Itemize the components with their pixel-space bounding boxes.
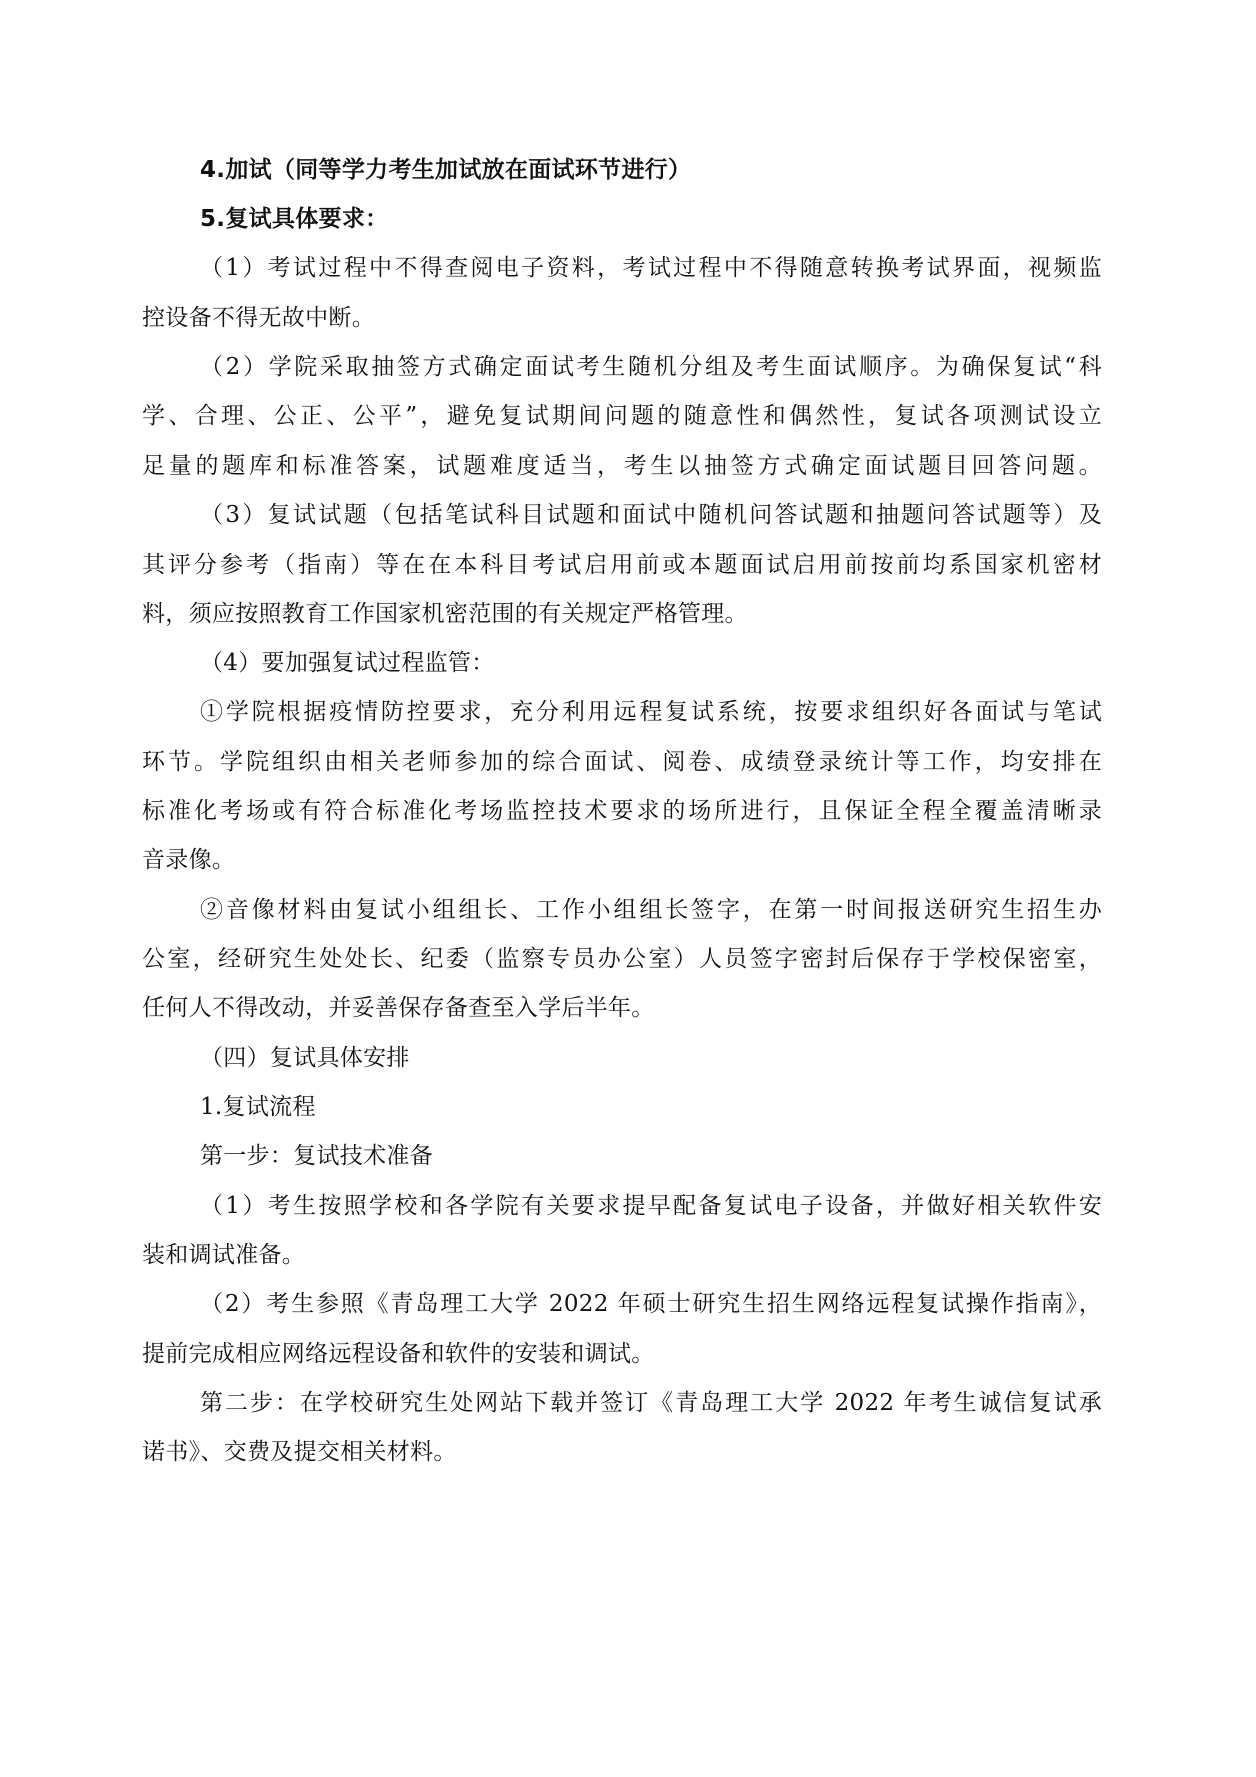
subsection-heading-process: 1.复试流程 <box>200 1087 1102 1127</box>
paragraph-line: 音录像。 <box>142 840 1102 880</box>
paragraph-line: 学、合理、公正、公平”，避免复试期间问题的随意性和偶然性，复试各项测试设立 <box>142 396 1102 436</box>
document-page: 4.加试（同等学力考生加试放在面试环节进行） 5.复试具体要求： （1）考试过程… <box>0 0 1256 1777</box>
paragraph-line: （1）考试过程中不得查阅电子资料，考试过程中不得随意转换考试界面，视频监 <box>200 248 1102 288</box>
paragraph-line: （4）要加强复试过程监管： <box>200 643 1102 683</box>
paragraph-line: 提前完成相应网络远程设备和软件的安装和调试。 <box>142 1334 1102 1374</box>
paragraph-line: （2）学院采取抽签方式确定面试考生随机分组及考生面试顺序。为确保复试“科 <box>200 347 1102 387</box>
paragraph-line: 标准化考场或有符合标准化考场监控技术要求的场所进行，且保证全程全覆盖清晰录 <box>142 791 1102 831</box>
paragraph-line: 公室，经研究生处处长、纪委（监察专员办公室）人员签字密封后保存于学校保密室， <box>142 939 1102 979</box>
paragraph-line: 诺书》、交费及提交相关材料。 <box>142 1432 1102 1472</box>
paragraph-line: （3）复试试题（包括笔试科目试题和面试中随机问答试题和抽题问答试题等）及 <box>200 495 1102 535</box>
step-heading-one: 第一步：复试技术准备 <box>200 1136 1102 1176</box>
section-heading-arrangement: （四）复试具体安排 <box>200 1038 1102 1078</box>
paragraph-line: ②音像材料由复试小组组长、工作小组组长签字，在第一时间报送研究生招生办 <box>200 890 1102 930</box>
paragraph-line: 控设备不得无故中断。 <box>142 298 1102 338</box>
paragraph-line: （1）考生按照学校和各学院有关要求提早配备复试电子设备，并做好相关软件安 <box>200 1186 1102 1226</box>
paragraph-line: 任何人不得改动，并妥善保存备查至入学后半年。 <box>142 988 1102 1028</box>
paragraph-line: （2）考生参照《青岛理工大学 2022 年硕士研究生招生网络远程复试操作指南》， <box>200 1284 1102 1324</box>
step-heading-two: 第二步：在学校研究生处网站下载并签订《青岛理工大学 2022 年考生诚信复试承 <box>200 1383 1102 1423</box>
paragraph-line: 料，须应按照教育工作国家机密范围的有关规定严格管理。 <box>142 594 1102 634</box>
paragraph-line: 其评分参考（指南）等在在本科目考试启用前或本题面试启用前按前均系国家机密材 <box>142 545 1102 585</box>
paragraph-line: ①学院根据疫情防控要求，充分利用远程复试系统，按要求组织好各面试与笔试 <box>200 692 1102 732</box>
paragraph-line: 足量的题库和标准答案，试题难度适当，考生以抽签方式确定面试题目回答问题。 <box>142 446 1102 486</box>
paragraph-line: 装和调试准备。 <box>142 1235 1102 1275</box>
paragraph-line: 环节。学院组织由相关老师参加的综合面试、阅卷、成绩登录统计等工作，均安排在 <box>142 742 1102 782</box>
section-heading-requirements: 5.复试具体要求： <box>200 199 1102 239</box>
section-heading-additional-test: 4.加试（同等学力考生加试放在面试环节进行） <box>200 150 1102 190</box>
